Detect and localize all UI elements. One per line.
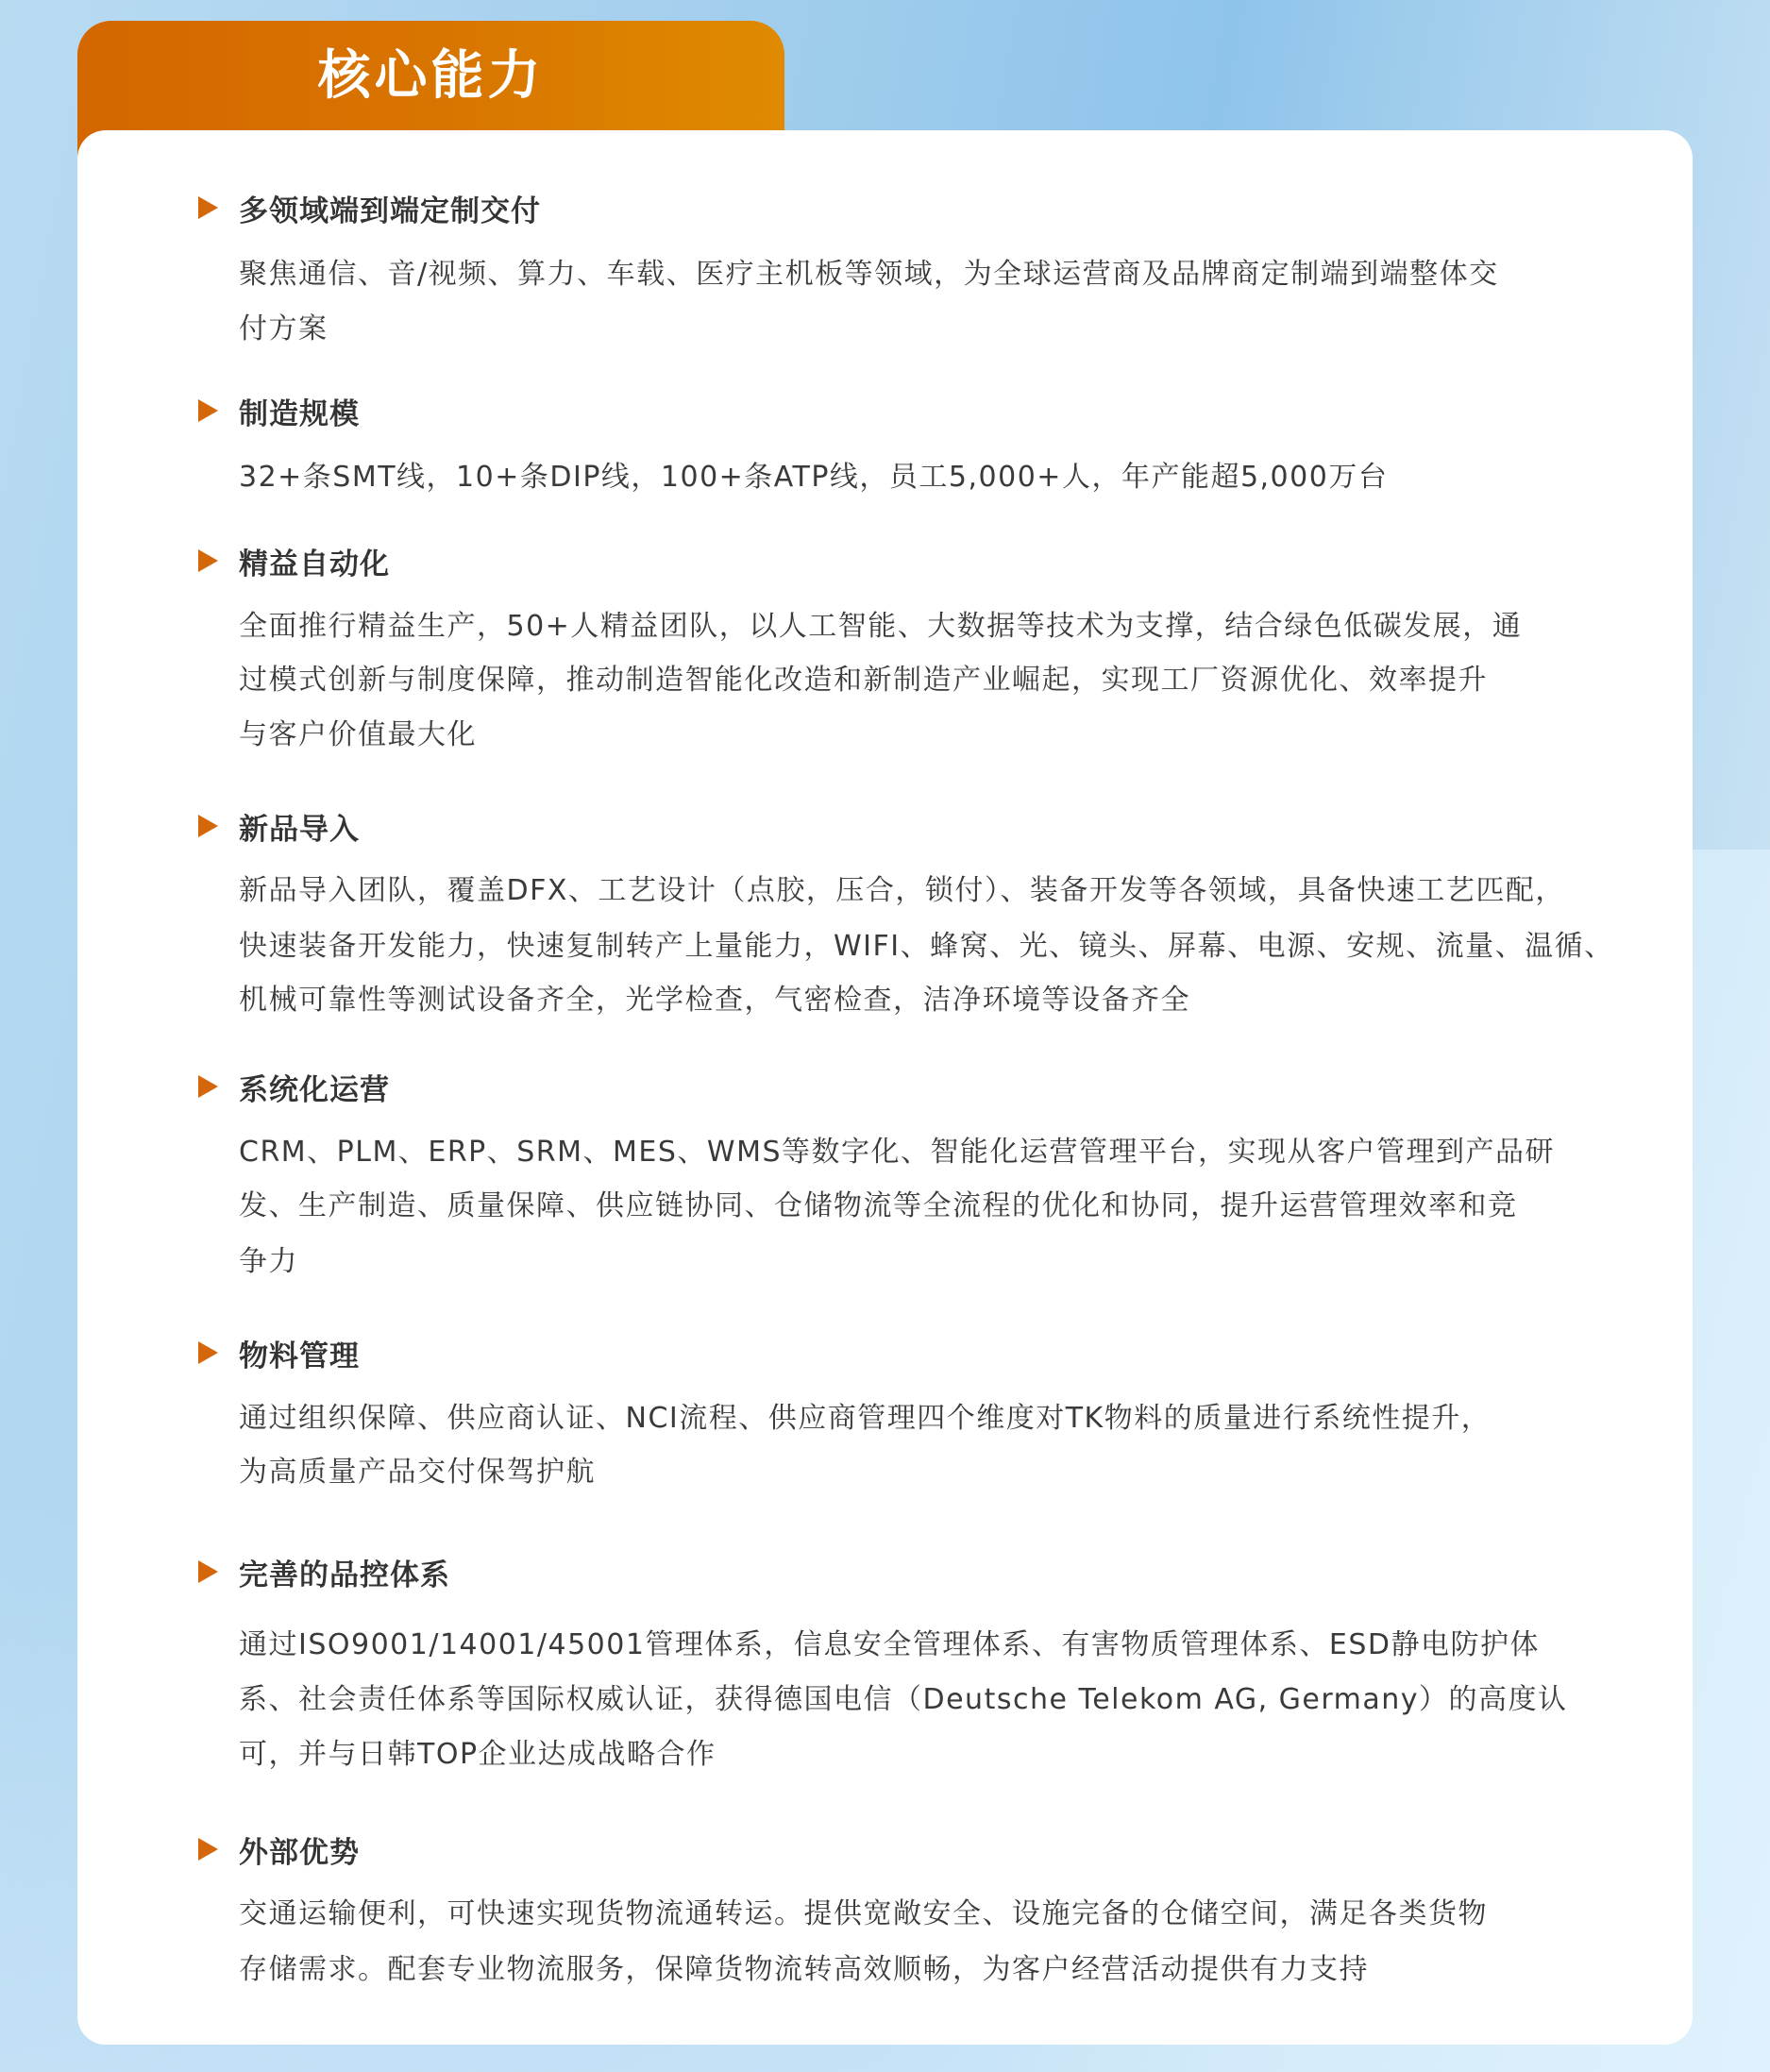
section-title: 系统化运营 [239, 1066, 390, 1108]
section-text-line: 存储需求。配套专业物流服务，保障货物流转高效顺畅，为客户经营活动提供有力支持 [239, 1951, 1369, 1989]
section-text-line: 交通运输便利，可快速实现货物流通转运。提供宽敞安全、设施完备的仓储空间，满足各类… [239, 1895, 1488, 1933]
section-text-line: 发、生产制造、质量保障、供应链协同、仓储物流等全流程的优化和协同，提升运营管理效… [239, 1188, 1518, 1225]
page-title: 核心能力 [77, 21, 784, 132]
section-text-line: 与客户价值最大化 [239, 716, 477, 754]
section-text-line: 32+条SMT线，10+条DIP线，100+条ATP线，员工5,000+人，年产… [239, 459, 1388, 497]
section-text-line: 可，并与日韩TOP企业达成战略合作 [239, 1736, 716, 1774]
section-text-line: 新品导入团队，覆盖DFX、工艺设计（点胶，压合，锁付）、装备开发等各领域，具备快… [239, 872, 1565, 910]
section-text-line: 全面推行精益生产，50+人精益团队，以人工智能、大数据等技术为支撑，结合绿色低碳… [239, 608, 1522, 646]
section-title: 多领域端到端定制交付 [239, 187, 541, 229]
section-title: 物料管理 [239, 1332, 360, 1374]
section-heading: 制造规模 [198, 392, 360, 430]
section-heading: 完善的品控体系 [198, 1553, 450, 1591]
section-heading: 外部优势 [198, 1830, 360, 1868]
section-text-line: 通过ISO9001/14001/45001管理体系，信息安全管理体系、有害物质管… [239, 1626, 1540, 1664]
section-heading: 物料管理 [198, 1334, 360, 1372]
triangle-right-icon [198, 549, 218, 572]
section-text-line: 争力 [239, 1243, 298, 1281]
section-title: 完善的品控体系 [239, 1551, 450, 1593]
section-title: 新品导入 [239, 805, 360, 848]
section-heading: 精益自动化 [198, 542, 390, 580]
section-text-line: 快速装备开发能力，快速复制转产上量能力，WIFI、蜂窝、光、镜头、屏幕、电源、安… [239, 928, 1614, 966]
section-text-line: CRM、PLM、ERP、SRM、MES、WMS等数字化、智能化运营管理平台，实现… [239, 1134, 1555, 1171]
triangle-right-icon [198, 1838, 218, 1861]
triangle-right-icon [198, 1075, 218, 1098]
section-text-line: 通过组织保障、供应商认证、NCI流程、供应商管理四个维度对TK物料的质量进行系统… [239, 1400, 1491, 1438]
section-text-line: 过模式创新与制度保障，推动制造智能化改造和新制造产业崛起，实现工厂资源优化、效率… [239, 662, 1488, 699]
triangle-right-icon [198, 1341, 218, 1364]
section-text-line: 聚焦通信、音/视频、算力、车载、医疗主机板等领域，为全球运营商及品牌商定制端到端… [239, 256, 1499, 294]
section-title: 精益自动化 [239, 540, 390, 582]
triangle-right-icon [198, 196, 218, 219]
section-text-line: 机械可靠性等测试设备齐全，光学检查，气密检查，洁净环境等设备齐全 [239, 982, 1190, 1019]
triangle-right-icon [198, 1560, 218, 1583]
section-title: 制造规模 [239, 390, 360, 432]
section-title: 外部优势 [239, 1828, 360, 1871]
section-heading: 系统化运营 [198, 1068, 390, 1105]
section-text-line: 为高质量产品交付保驾护航 [239, 1454, 596, 1491]
section-heading: 多领域端到端定制交付 [198, 189, 541, 227]
triangle-right-icon [198, 399, 218, 422]
section-heading: 新品导入 [198, 807, 360, 845]
section-text-line: 系、社会责任体系等国际权威认证，获得德国电信（Deutsche Telekom … [239, 1681, 1568, 1719]
triangle-right-icon [198, 815, 218, 837]
section-text-line: 付方案 [239, 311, 329, 348]
